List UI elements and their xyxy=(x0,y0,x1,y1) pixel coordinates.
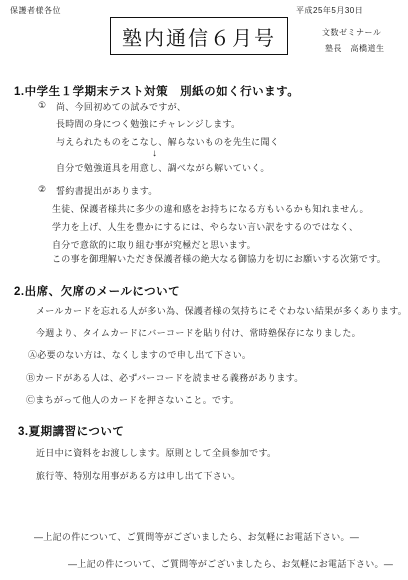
newsletter-title-box: 塾内通信６月号 xyxy=(110,17,288,55)
section2-line1: メールカードを忘れる人が多い為、保護者様の気持ちにそぐわない結果が多くあります。 xyxy=(36,304,407,317)
section2-itemB: Ⓑカードがある人は、必ずバーコードを読ませる義務があります。 xyxy=(26,371,304,384)
footer-contact-line-1: ―上記の件について、ご質問等がございましたら、お気軽にお電話下さい。― xyxy=(34,530,359,543)
organization-name: 文数ゼミナール xyxy=(322,27,381,38)
section1-item2-line5: この事を御理解いただき保護者様の絶大なる御協力を切にお願いする次第です。 xyxy=(52,252,386,265)
section3-heading: 3.夏期講習について xyxy=(18,423,124,439)
section1-item1-marker: ① xyxy=(38,100,46,111)
section2-itemC: Ⓒまちがって他人のカードを押さないこと。です。 xyxy=(26,393,239,406)
section1-item2-line4: 自分で意欲的に取り組む事が究極だと思います。 xyxy=(52,238,256,251)
section2-itemA: Ⓐ必要のない方は、なくしますので申し出て下さい。 xyxy=(28,348,251,361)
section1-item1-line4: 自分で勉強道具を用意し、調べながら解いていく。 xyxy=(56,161,270,174)
section2-line2: 今週より、タイムカードにバーコードを貼り付け、常時塾保存になりました。 xyxy=(36,326,361,339)
section1-item2-line3: 学力を上げ、人生を豊かにするには、やらない言い訳をするのではなく、 xyxy=(52,220,358,233)
section1-item2-line2: 生徒、保護者様共に多少の違和感をお持ちになる方もいるかも知れません。 xyxy=(52,202,369,215)
section2-heading: 2.出席、欠席のメールについて xyxy=(14,283,180,299)
principal-name: 塾長 高橋道生 xyxy=(325,43,385,54)
section1-item2-marker: ② xyxy=(38,184,46,195)
section1-item1-line1: 尚、今回初めての試みですが、 xyxy=(56,100,186,113)
section1-item1-line2: 長時間の身につく勉強にチャレンジします。 xyxy=(56,117,240,130)
recipient-label: 保護者様各位 xyxy=(10,5,61,16)
section3-line1: 近日中に資料をお渡しします。原則として全員参加です。 xyxy=(36,446,276,459)
section1-item1-line3: 与えられたものをこなし、解らないものを先生に聞く xyxy=(56,135,279,148)
section1-heading: 1.中学生１学期末テスト対策 別紙の如く行います。 xyxy=(14,83,299,99)
newsletter-title: 塾内通信６月号 xyxy=(122,22,276,51)
section1-item2-line1: 誓約書提出があります。 xyxy=(56,184,158,197)
down-arrow-icon: ↓ xyxy=(152,148,157,159)
footer-contact-line-2: ―上記の件について、ご質問等がございましたら、お気軽にお電話下さい。― xyxy=(68,557,393,570)
date-label: 平成25年5月30日 xyxy=(296,5,363,16)
newsletter-page: 保護者様各位 平成25年5月30日 文数ゼミナール 塾長 高橋道生 塾内通信６月… xyxy=(0,0,408,580)
section3-line2: 旅行等、特別な用事がある方は申し出て下さい。 xyxy=(36,469,241,482)
